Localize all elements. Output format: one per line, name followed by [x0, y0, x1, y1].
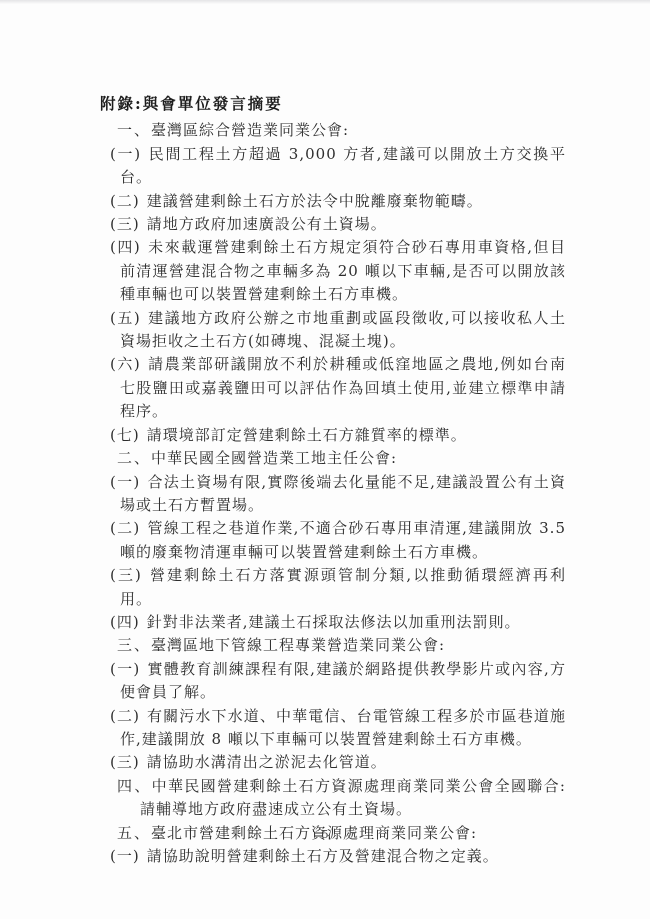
list-item: (三)請協助水溝清出之淤泥去化管道。 — [100, 751, 566, 774]
list-item: (一)實體教育訓練課程有限,建議於網路提供教學影片或內容,方便會員了解。 — [100, 658, 566, 705]
section-label: 二、 — [117, 449, 151, 467]
item-label: (二) — [110, 192, 140, 210]
list-item: (三)請地方政府加速廣設公有土資場。 — [100, 213, 566, 236]
scan-edge-artifact — [0, 0, 650, 5]
list-item: (二)管線工程之巷道作業,不適合砂石專用車清運,建議開放 3.5 噸的廢棄物清運… — [100, 517, 566, 564]
list-item: (一)民間工程土方超過 3,000 方者,建議可以開放土方交換平台。 — [100, 143, 566, 190]
section-label: 三、 — [117, 636, 151, 654]
list-item: (一)請協助說明營建剩餘土石方及營建混合物之定義。 — [100, 845, 566, 868]
item-label: (一) — [110, 660, 140, 678]
item-label: (三) — [110, 566, 142, 584]
item-label: (四) — [110, 613, 140, 631]
section: 三、臺灣區地下管線工程專業營造業同業公會:(一)實體教育訓練課程有限,建議於網路… — [100, 634, 566, 774]
section-heading: 一、臺灣區綜合營造業同業公會: — [100, 119, 566, 142]
item-label: (一) — [110, 473, 140, 491]
item-label: (五) — [110, 309, 141, 327]
list-item: (七)請環境部訂定營建剩餘土石方雜質率的標準。 — [100, 424, 566, 447]
section-label: 四、 — [117, 777, 152, 795]
section-heading: 二、中華民國全國營造業工地主任公會: — [100, 447, 566, 470]
section-heading: 四、中華民國營建剩餘土石方資源處理商業同業公會全國聯合:請輔導地方政府盡速成立公… — [100, 775, 566, 822]
list-item: (二)建議營建剩餘土石方於法令中脫離廢棄物範疇。 — [100, 190, 566, 213]
section-heading: 三、臺灣區地下管線工程專業營造業同業公會: — [100, 634, 566, 657]
list-item: (三)營建剩餘土石方落實源頭管制分類,以推動循環經濟再利用。 — [100, 564, 566, 611]
section-label: 一、 — [117, 121, 151, 139]
page-title: 附錄:與會單位發言摘要 — [100, 92, 566, 115]
item-label: (一) — [110, 145, 141, 163]
list-item: (四)針對非法業者,建議土石採取法修法以加重刑法罰則。 — [100, 611, 566, 634]
sections-container: 一、臺灣區綜合營造業同業公會:(一)民間工程土方超過 3,000 方者,建議可以… — [100, 119, 566, 868]
item-label: (一) — [110, 847, 140, 865]
item-label: (二) — [110, 707, 140, 725]
item-label: (二) — [110, 519, 140, 537]
item-label: (六) — [110, 355, 141, 373]
list-item: (二)有關污水下水道、中華電信、台電管線工程多於市區巷道施作,建議開放 8 噸以… — [100, 705, 566, 752]
list-item: (五)建議地方政府公辦之市地重劃或區段徵收,可以接收私人土資場拒收之土石方(如磚… — [100, 307, 566, 354]
list-item: (一)合法土資場有限,實際後端去化量能不足,建議設置公有土資場或土石方暫置場。 — [100, 471, 566, 518]
section: 四、中華民國營建剩餘土石方資源處理商業同業公會全國聯合:請輔導地方政府盡速成立公… — [100, 775, 566, 822]
document-page: 附錄:與會單位發言摘要 一、臺灣區綜合營造業同業公會:(一)民間工程土方超過 3… — [0, 0, 650, 919]
page-content: 附錄:與會單位發言摘要 一、臺灣區綜合營造業同業公會:(一)民間工程土方超過 3… — [100, 92, 566, 868]
item-label: (七) — [110, 426, 140, 444]
list-item: (六)請農業部研議開放不利於耕種或低窪地區之農地,例如台南七股鹽田或嘉義鹽田可以… — [100, 353, 566, 423]
section: 一、臺灣區綜合營造業同業公會:(一)民間工程土方超過 3,000 方者,建議可以… — [100, 119, 566, 447]
list-item: (四)未來載運營建剩餘土石方規定須符合砂石專用車資格,但目前清運營建混合物之車輛… — [100, 236, 566, 306]
page-number: 5 — [0, 827, 650, 841]
item-label: (三) — [110, 215, 140, 233]
section: 二、中華民國全國營造業工地主任公會:(一)合法土資場有限,實際後端去化量能不足,… — [100, 447, 566, 634]
item-label: (四) — [110, 238, 141, 256]
item-label: (三) — [110, 753, 140, 771]
